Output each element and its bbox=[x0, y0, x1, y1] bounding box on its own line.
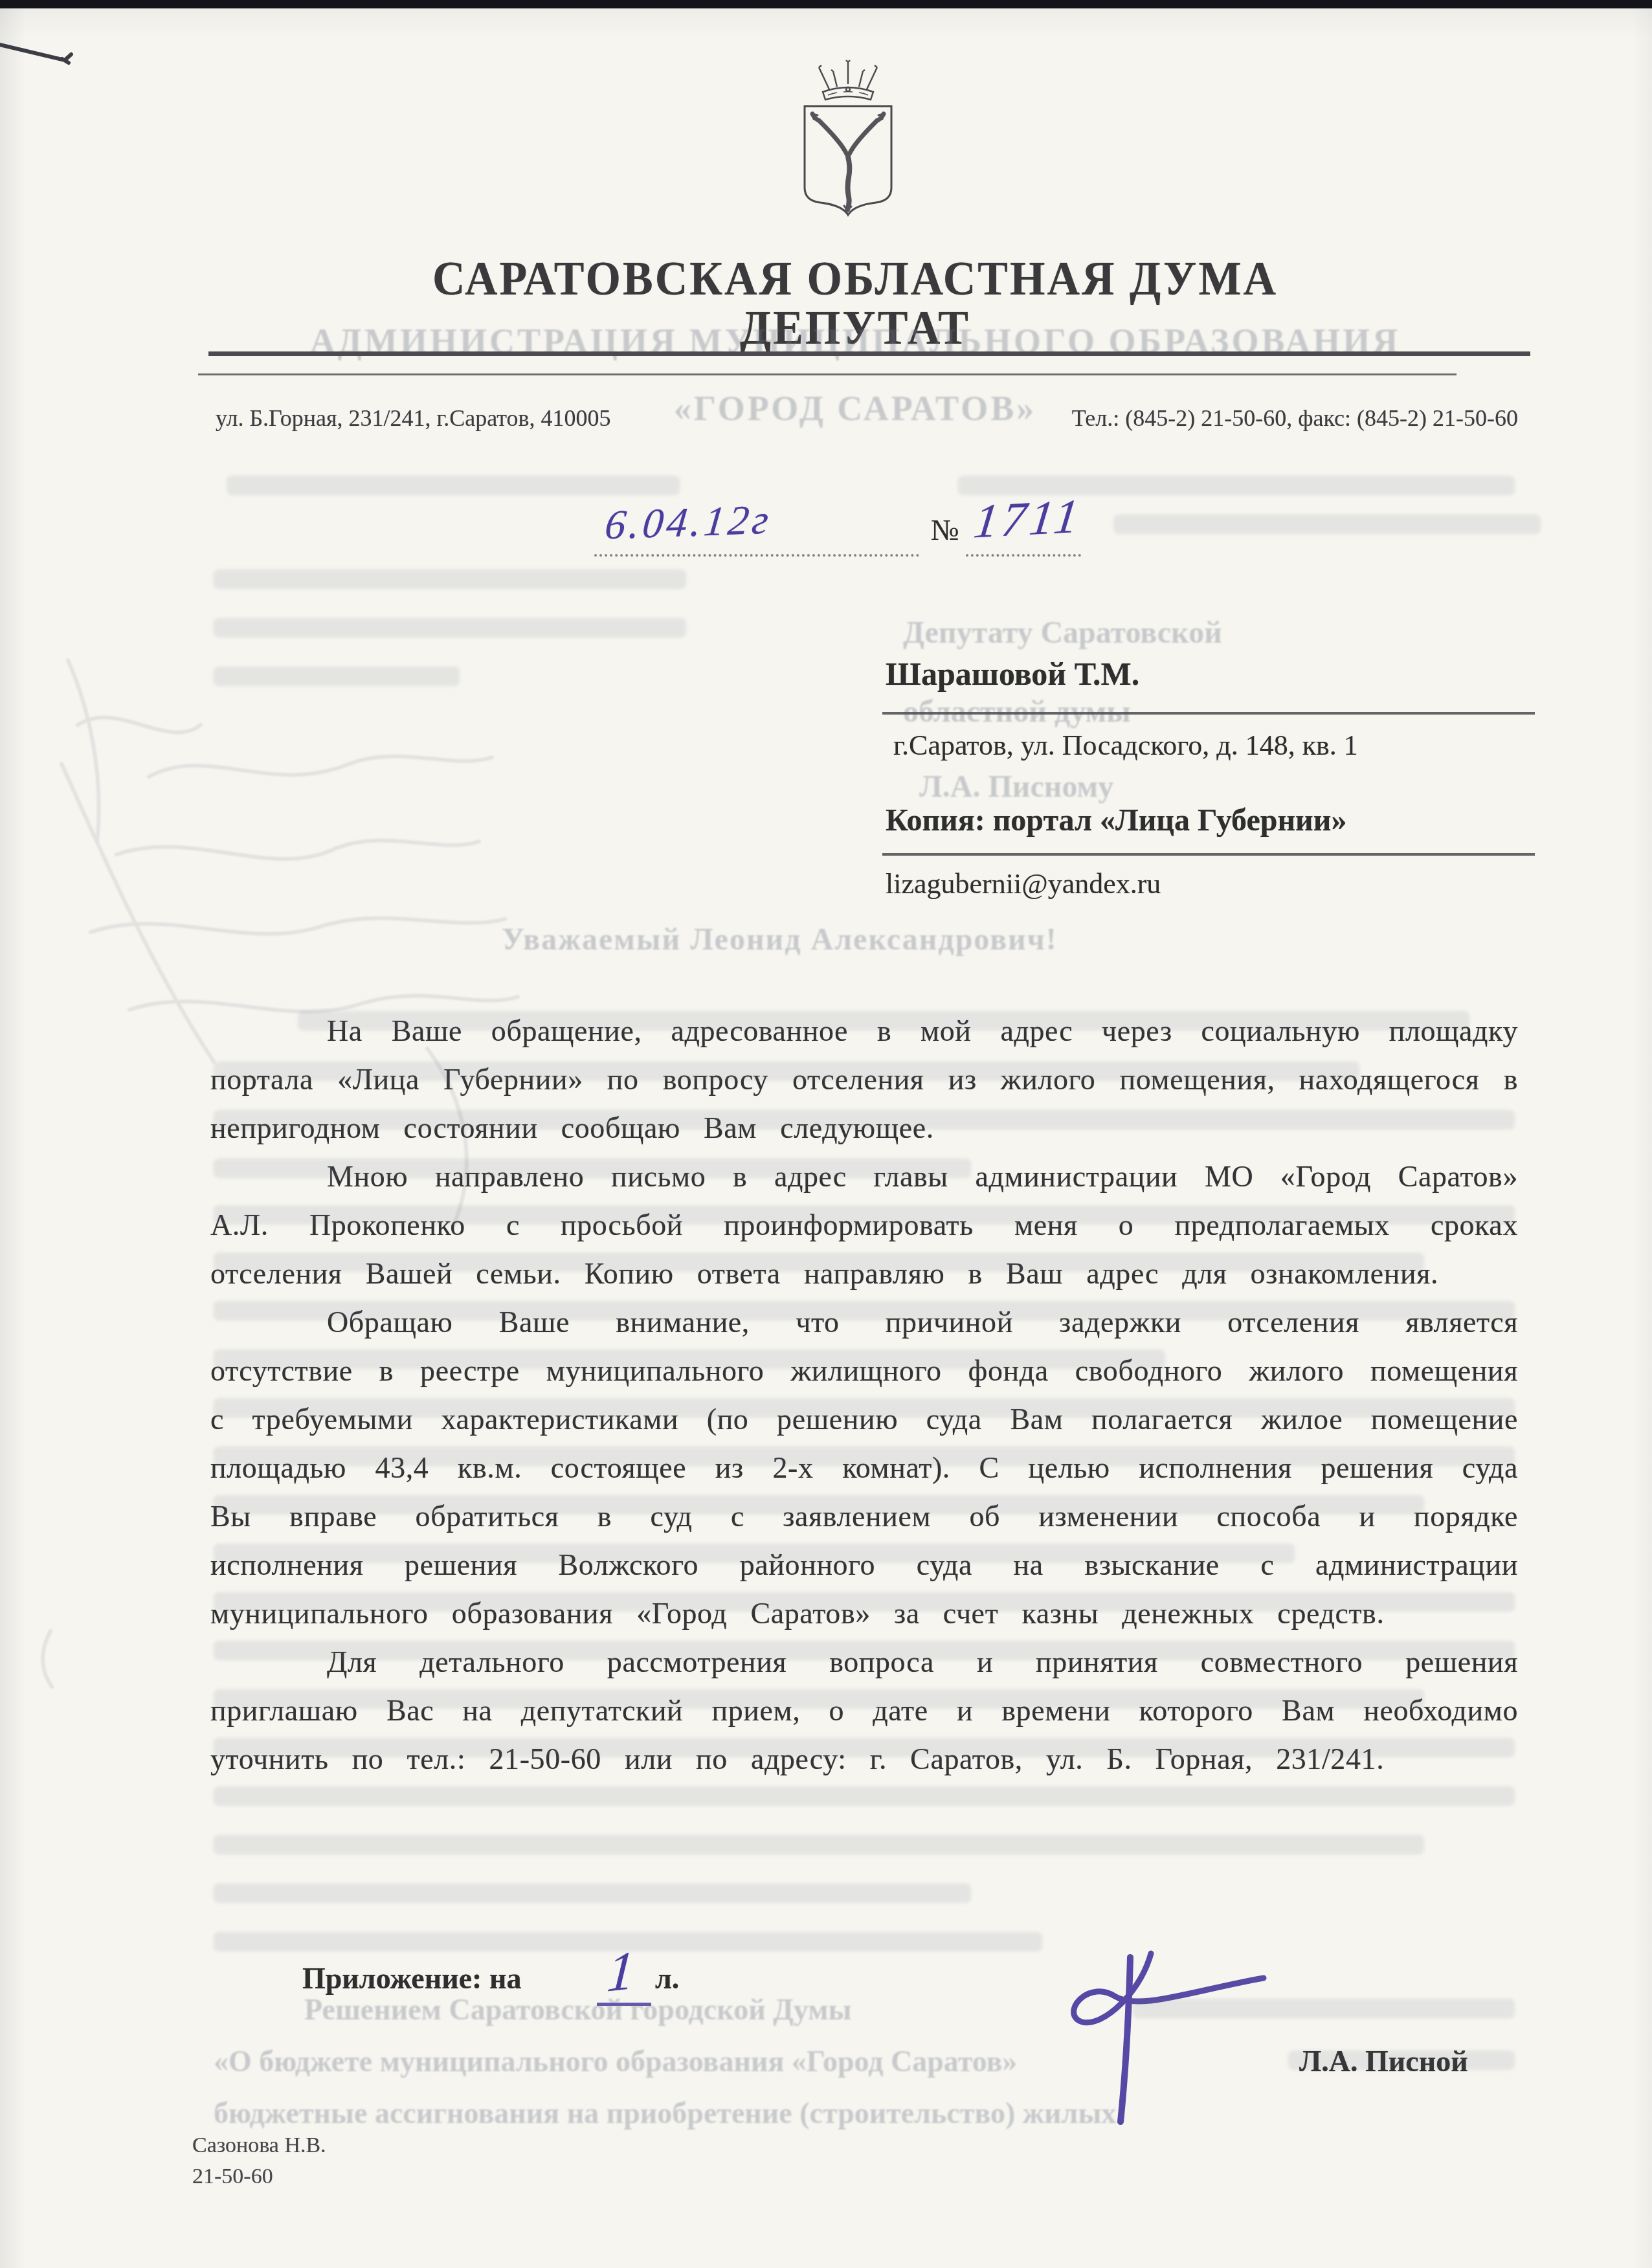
bleedthrough-line bbox=[214, 1398, 1515, 1417]
outgoing-date-handwritten: 6.04.12г bbox=[603, 495, 774, 549]
body-paragraph-3: Обращаю Ваше внимание, что причиной заде… bbox=[210, 1298, 1518, 1638]
bleedthrough-line bbox=[214, 1205, 1515, 1225]
bleedthrough-line bbox=[1133, 1999, 1515, 2018]
letterhead-rule-thin bbox=[198, 373, 1457, 375]
recipient-name: Шарашовой Т.М. bbox=[886, 655, 1139, 693]
crown-icon bbox=[819, 60, 877, 100]
date-underline bbox=[594, 554, 919, 557]
bleedthrough-bottom-line3: бюджетные ассигнования на приобретение (… bbox=[214, 2096, 1116, 2130]
letterhead-phone: Тел.: (845-2) 21-50-60, факс: (845-2) 21… bbox=[1072, 405, 1518, 432]
executor-name: Сазонова Н.В. bbox=[192, 2133, 326, 2158]
signature-stroke bbox=[1036, 1935, 1308, 2136]
bleedthrough-line bbox=[214, 1447, 1515, 1466]
bleedthrough-line bbox=[214, 1544, 1295, 1563]
bleedthrough-line bbox=[214, 1252, 1424, 1272]
recipient-rule-bottom bbox=[882, 853, 1535, 856]
bleedthrough-line bbox=[214, 1495, 1424, 1515]
recipient-email: lizagubernii@yandex.ru bbox=[886, 867, 1161, 900]
scanned-letter-page: { "letterhead": { "title_line1": "САРАТО… bbox=[0, 0, 1652, 2268]
bleedthrough-line bbox=[214, 1159, 971, 1178]
bleedthrough-line bbox=[214, 570, 686, 589]
bleedthrough-line bbox=[214, 1932, 1042, 1951]
number-underline bbox=[966, 554, 1081, 557]
letterhead-title-line1: САРАТОВСКАЯ ОБЛАСТНАЯ ДУМА bbox=[58, 252, 1652, 307]
bleedthrough-line bbox=[298, 1011, 1469, 1030]
attachment-suffix: л. bbox=[655, 1961, 679, 1996]
bleedthrough-line bbox=[214, 618, 686, 638]
bleedthrough-line bbox=[214, 1738, 1515, 1757]
bleedthrough-bottom-line1: Решением Саратовской городской Думы bbox=[304, 1992, 851, 2027]
recipient-rule-top bbox=[882, 712, 1535, 715]
bleedthrough-line bbox=[214, 667, 460, 686]
bleedthrough-line bbox=[214, 1835, 1424, 1854]
bleedthrough-line bbox=[214, 1786, 1515, 1806]
bleedthrough-addressee-line3: Л.А. Писному bbox=[919, 769, 1113, 805]
bleedthrough-line bbox=[214, 1884, 971, 1903]
scan-edge-strip bbox=[0, 0, 1652, 8]
outgoing-number-handwritten: 1711 bbox=[971, 489, 1086, 550]
saratov-coat-of-arms bbox=[799, 60, 897, 221]
number-label: № bbox=[931, 513, 959, 547]
bleedthrough-salutation: Уважаемый Леонид Александрович! bbox=[502, 922, 1058, 957]
attachment-prefix: Приложение: на bbox=[302, 1961, 521, 1996]
bleedthrough-line bbox=[214, 1110, 1515, 1129]
bleedthrough-line bbox=[214, 1301, 1515, 1320]
recipient-copy-line: Копия: портал «Лица Губернии» bbox=[886, 803, 1346, 838]
bleedthrough-line bbox=[1288, 2051, 1515, 2070]
recipient-address: г.Саратов, ул. Посадского, д. 148, кв. 1 bbox=[893, 729, 1358, 762]
letterhead-address: ул. Б.Горная, 231/241, г.Саратов, 410005 bbox=[216, 405, 611, 432]
bleedthrough-line bbox=[1113, 515, 1541, 534]
bleedthrough-line bbox=[214, 1592, 1515, 1612]
bleedthrough-bottom-line2: «О бюджете муниципального образования «Г… bbox=[214, 2044, 1017, 2078]
bleedthrough-line bbox=[214, 1689, 1424, 1709]
sterlets-icon bbox=[812, 114, 884, 210]
bleedthrough-line bbox=[214, 1350, 1165, 1369]
letterhead-rule-thick bbox=[208, 351, 1530, 356]
bleedthrough-line bbox=[214, 1062, 1359, 1081]
bleedthrough-line bbox=[227, 476, 680, 495]
pen-scratch-artifact bbox=[0, 0, 129, 91]
bleedthrough-line bbox=[958, 476, 1515, 495]
executor-phone: 21-50-60 bbox=[192, 2164, 273, 2189]
bleedthrough-line bbox=[214, 1641, 1515, 1660]
bleedthrough-addressee-line1: Депутату Саратовской bbox=[903, 615, 1222, 650]
